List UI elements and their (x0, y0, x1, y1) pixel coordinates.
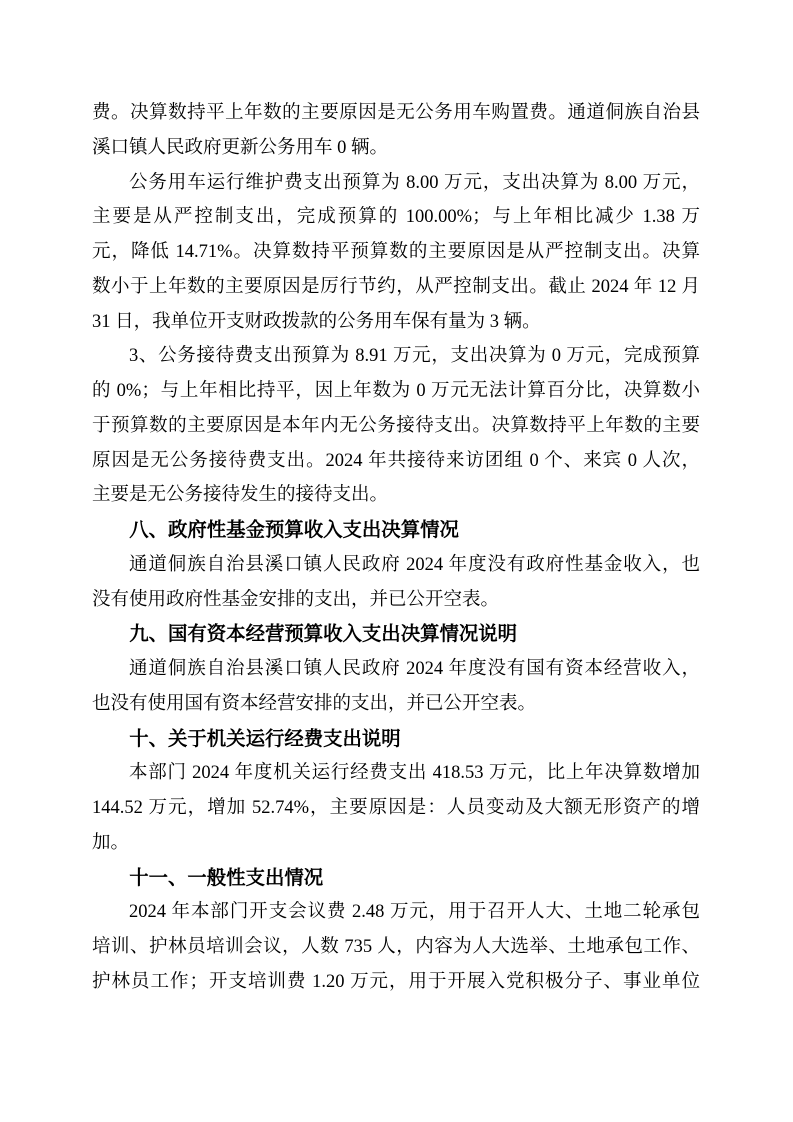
text-line: 费。决算数持平上年数的主要原因是无公务用车购置费。通道侗族自治县 (92, 96, 700, 131)
paragraph: 本部门 2024 年度机关运行经费支出 418.53 万元，比上年决算数增加 1… (92, 756, 700, 860)
text-line: 144.52 万元，增加 52.74%，主要原因是：人员变动及大额无形资产的增 (92, 791, 700, 826)
text-line: 没有使用政府性基金安排的支出，并已公开空表。 (92, 583, 700, 618)
document-page: 费。决算数持平上年数的主要原因是无公务用车购置费。通道侗族自治县 溪口镇人民政府… (0, 0, 793, 1122)
text-line: 加。 (92, 826, 700, 861)
text-line: 于预算数的主要原因是本年内无公务接待支出。决算数持平上年数的主要 (92, 409, 700, 444)
text-line: 主要是无公务接待发生的接待支出。 (92, 478, 700, 513)
text-line: 通道侗族自治县溪口镇人民政府 2024 年度没有政府性基金收入，也 (92, 548, 700, 583)
text-line: 31 日，我单位开支财政拨款的公务用车保有量为 3 辆。 (92, 305, 700, 340)
section-heading-state-capital: 九、国有资本经营预算收入支出决算情况说明 (92, 617, 700, 652)
text-line: 2024 年本部门开支会议费 2.48 万元，用于召开人大、土地二轮承包 (92, 895, 700, 930)
text-line: 的 0%；与上年相比持平，因上年数为 0 万元无法计算百分比，决算数小 (92, 374, 700, 409)
text-line: 护林员工作；开支培训费 1.20 万元，用于开展入党积极分子、事业单位 (92, 965, 700, 1000)
text-line: 3、公务接待费支出预算为 8.91 万元，支出决算为 0 万元，完成预算 (92, 339, 700, 374)
section-heading-operating-expenses: 十、关于机关运行经费支出说明 (92, 722, 700, 757)
paragraph: 通道侗族自治县溪口镇人民政府 2024 年度没有政府性基金收入，也 没有使用政府… (92, 548, 700, 618)
paragraph: 3、公务接待费支出预算为 8.91 万元，支出决算为 0 万元，完成预算 的 0… (92, 339, 700, 513)
paragraph: 公务用车运行维护费支出预算为 8.00 万元，支出决算为 8.00 万元， 主要… (92, 166, 700, 340)
text-line: 培训、护林员培训会议，人数 735 人，内容为人大选举、土地承包工作、 (92, 930, 700, 965)
paragraph: 通道侗族自治县溪口镇人民政府 2024 年度没有国有资本经营收入， 也没有使用国… (92, 652, 700, 722)
paragraph: 费。决算数持平上年数的主要原因是无公务用车购置费。通道侗族自治县 溪口镇人民政府… (92, 96, 700, 166)
text-line: 公务用车运行维护费支出预算为 8.00 万元，支出决算为 8.00 万元， (92, 166, 700, 201)
text-line: 溪口镇人民政府更新公务用车 0 辆。 (92, 131, 700, 166)
paragraph: 2024 年本部门开支会议费 2.48 万元，用于召开人大、土地二轮承包 培训、… (92, 895, 700, 999)
text-line: 也没有使用国有资本经营安排的支出，并已公开空表。 (92, 687, 700, 722)
text-line: 主要是从严控制支出，完成预算的 100.00%；与上年相比减少 1.38 万 (92, 200, 700, 235)
section-heading-general-expenditure: 十一、一般性支出情况 (92, 861, 700, 896)
text-line: 数小于上年数的主要原因是厉行节约，从严控制支出。截止 2024 年 12 月 (92, 270, 700, 305)
text-line: 本部门 2024 年度机关运行经费支出 418.53 万元，比上年决算数增加 (92, 756, 700, 791)
section-heading-government-funds: 八、政府性基金预算收入支出决算情况 (92, 513, 700, 548)
text-line: 通道侗族自治县溪口镇人民政府 2024 年度没有国有资本经营收入， (92, 652, 700, 687)
text-line: 原因是无公务接待费支出。2024 年共接待来访团组 0 个、来宾 0 人次， (92, 444, 700, 479)
text-line: 元，降低 14.71%。决算数持平预算数的主要原因是从严控制支出。决算 (92, 235, 700, 270)
